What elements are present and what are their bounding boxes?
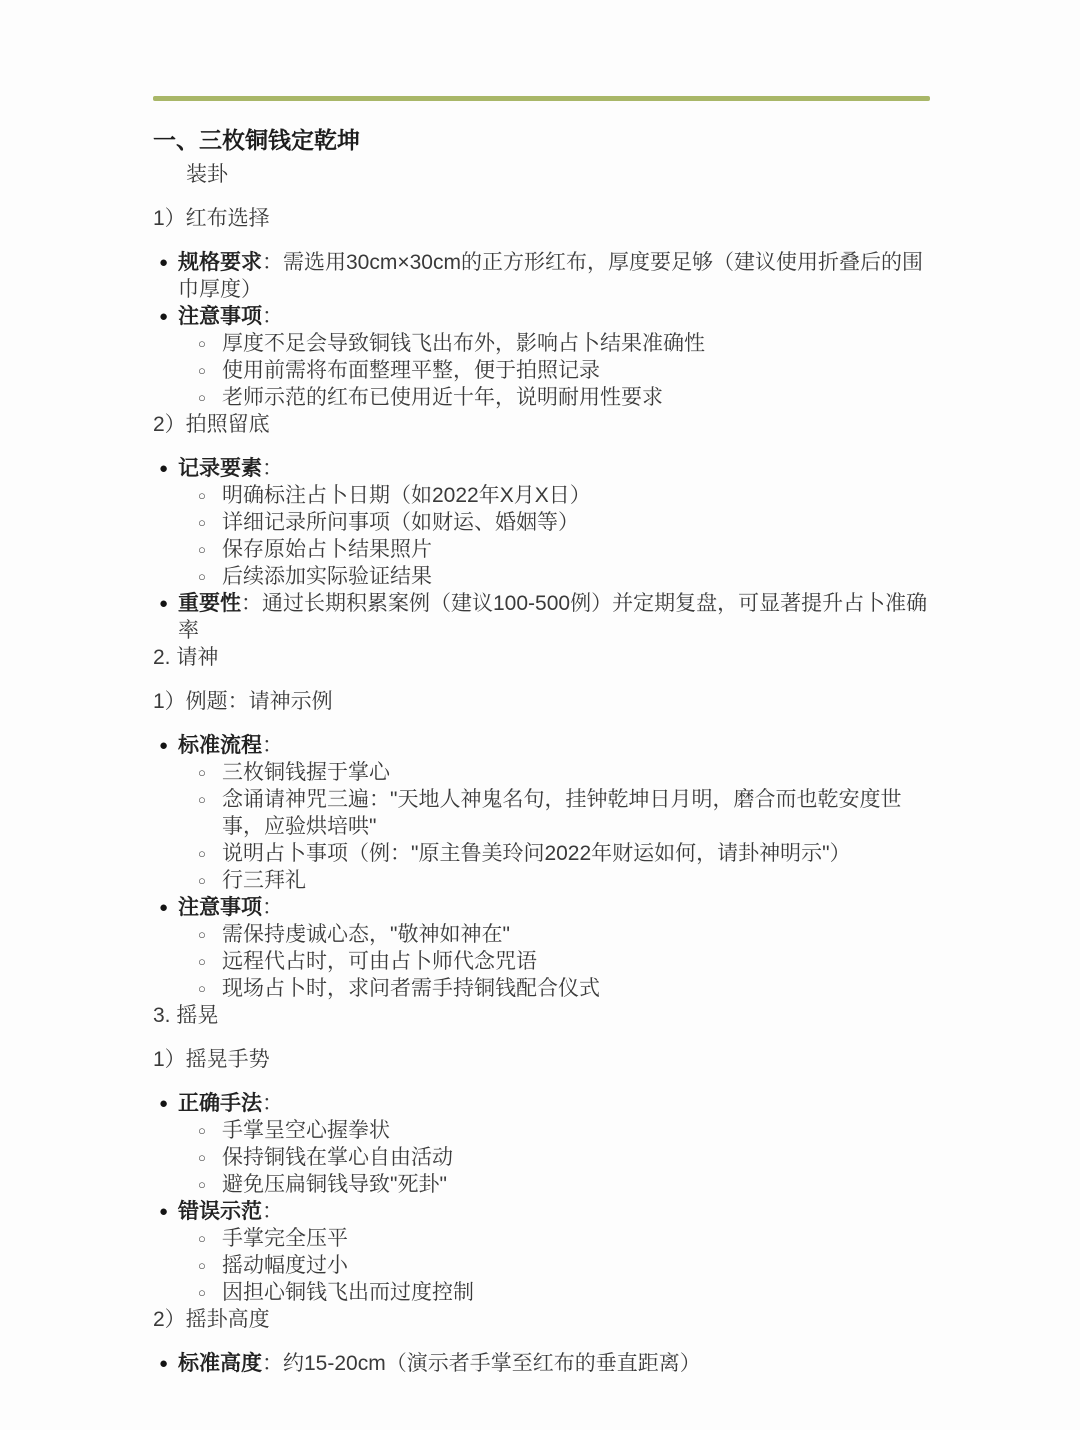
open-circle-bullet-icon: ○ bbox=[198, 1225, 222, 1252]
sub-bullet-item: ○后续添加实际验证结果 bbox=[153, 563, 932, 590]
bullet-item: ●正确手法： bbox=[153, 1090, 932, 1117]
filled-bullet-icon: ● bbox=[153, 249, 178, 276]
sub-bullet-text: 保持铜钱在掌心自由活动 bbox=[222, 1144, 932, 1171]
filled-bullet-icon: ● bbox=[153, 1198, 178, 1225]
bullet-item-detail: ：约15-20cm（演示者手掌至红布的垂直距离） bbox=[262, 1352, 701, 1375]
bullet-item: ●注意事项： bbox=[153, 303, 932, 330]
bullet-item-label: 规格要求 bbox=[178, 251, 262, 274]
bullet-item-detail: ： bbox=[262, 896, 283, 919]
open-circle-bullet-icon: ○ bbox=[198, 1252, 222, 1279]
bullet-item-detail: ： bbox=[262, 457, 283, 480]
bullet-item: ●标准流程： bbox=[153, 732, 932, 759]
sub-bullet-item: ○需保持虔诚心态，"敬神如神在" bbox=[153, 921, 932, 948]
open-circle-bullet-icon: ○ bbox=[198, 1279, 222, 1306]
sub-bullet-text: 详细记录所问事项（如财运、婚姻等） bbox=[222, 509, 932, 536]
open-circle-bullet-icon: ○ bbox=[198, 482, 222, 509]
sub-bullet-text: 使用前需将布面整理平整，便于拍照记录 bbox=[222, 357, 932, 384]
sub-bullet-text: 摇动幅度过小 bbox=[222, 1252, 932, 1279]
bullet-item: ●注意事项： bbox=[153, 894, 932, 921]
sub-bullet-item: ○老师示范的红布已使用近十年，说明耐用性要求 bbox=[153, 384, 932, 411]
open-circle-bullet-icon: ○ bbox=[198, 330, 222, 357]
bullet-item-text: 记录要素： bbox=[178, 455, 932, 482]
filled-bullet-icon: ● bbox=[153, 894, 178, 921]
sub-bullet-text: 厚度不足会导致铜钱飞出布外，影响占卜结果准确性 bbox=[222, 330, 932, 357]
bullet-item-detail: ：通过长期积累案例（建议100-500例）并定期复盘，可显著提升占卜准确率 bbox=[178, 592, 927, 642]
sub-bullet-item: ○说明占卜事项（例："原主鲁美玲问2022年财运如何，请卦神明示"） bbox=[153, 840, 932, 867]
open-circle-bullet-icon: ○ bbox=[198, 384, 222, 411]
sub-bullet-text: 念诵请神咒三遍："天地人神鬼名句，挂钟乾坤日月明，磨合而也乾安度世事，应验烘培哄… bbox=[222, 786, 932, 840]
sub-bullet-text: 避免压扁铜钱导致"死卦" bbox=[222, 1171, 932, 1198]
open-circle-bullet-icon: ○ bbox=[198, 975, 222, 1002]
sub-bullet-item: ○保存原始占卜结果照片 bbox=[153, 536, 932, 563]
sub-bullet-item: ○保持铜钱在掌心自由活动 bbox=[153, 1144, 932, 1171]
sub-bullet-item: ○详细记录所问事项（如财运、婚姻等） bbox=[153, 509, 932, 536]
bullet-item-text: 标准流程： bbox=[178, 732, 932, 759]
sub-bullet-text: 手掌完全压平 bbox=[222, 1225, 932, 1252]
open-circle-bullet-icon: ○ bbox=[198, 1144, 222, 1171]
bullet-item-label: 正确手法 bbox=[178, 1092, 262, 1115]
sub-bullet-item: ○念诵请神咒三遍："天地人神鬼名句，挂钟乾坤日月明，磨合而也乾安度世事，应验烘培… bbox=[153, 786, 932, 840]
bullet-item: ●记录要素： bbox=[153, 455, 932, 482]
numbered-item: 2）拍照留底 bbox=[153, 411, 932, 438]
open-circle-bullet-icon: ○ bbox=[198, 867, 222, 894]
filled-bullet-icon: ● bbox=[153, 1350, 178, 1377]
sub-bullet-text: 需保持虔诚心态，"敬神如神在" bbox=[222, 921, 932, 948]
sub-bullet-text: 三枚铜钱握于掌心 bbox=[222, 759, 932, 786]
bullet-item-detail: ： bbox=[262, 1092, 283, 1115]
bullet-item-text: 重要性：通过长期积累案例（建议100-500例）并定期复盘，可显著提升占卜准确率 bbox=[178, 590, 932, 644]
sub-bullet-text: 远程代占时，可由占卜师代念咒语 bbox=[222, 948, 932, 975]
open-circle-bullet-icon: ○ bbox=[198, 357, 222, 384]
sub-bullet-item: ○因担心铜钱飞出而过度控制 bbox=[153, 1279, 932, 1306]
bullet-item: ●重要性：通过长期积累案例（建议100-500例）并定期复盘，可显著提升占卜准确… bbox=[153, 590, 932, 644]
bullet-item-text: 正确手法： bbox=[178, 1090, 932, 1117]
open-circle-bullet-icon: ○ bbox=[198, 509, 222, 536]
sub-bullet-text: 说明占卜事项（例："原主鲁美玲问2022年财运如何，请卦神明示"） bbox=[222, 840, 932, 867]
bullet-item: ●标准高度：约15-20cm（演示者手掌至红布的垂直距离） bbox=[153, 1350, 932, 1377]
sub-bullet-item: ○现场占卜时，求问者需手持铜钱配合仪式 bbox=[153, 975, 932, 1002]
numbered-item: 1）例题：请神示例 bbox=[153, 688, 932, 715]
filled-bullet-icon: ● bbox=[153, 732, 178, 759]
bullet-item-label: 注意事项 bbox=[178, 305, 262, 328]
subsection-line: 2. 请神 bbox=[153, 644, 932, 671]
bullet-item-label: 错误示范 bbox=[178, 1200, 262, 1223]
sub-bullet-text: 手掌呈空心握拳状 bbox=[222, 1117, 932, 1144]
section-heading: 一、三枚铜钱定乾坤 bbox=[153, 125, 932, 156]
numbered-item: 2）摇卦高度 bbox=[153, 1306, 932, 1333]
open-circle-bullet-icon: ○ bbox=[198, 1171, 222, 1198]
filled-bullet-icon: ● bbox=[153, 455, 178, 482]
sub-bullet-text: 行三拜礼 bbox=[222, 867, 932, 894]
bullet-item-text: 注意事项： bbox=[178, 894, 932, 921]
document-page: 一、三枚铜钱定乾坤装卦1）红布选择●规格要求：需选用30cm×30cm的正方形红… bbox=[0, 0, 1080, 1430]
document-body: 一、三枚铜钱定乾坤装卦1）红布选择●规格要求：需选用30cm×30cm的正方形红… bbox=[153, 125, 932, 1377]
sub-bullet-text: 老师示范的红布已使用近十年，说明耐用性要求 bbox=[222, 384, 932, 411]
bullet-item: ●规格要求：需选用30cm×30cm的正方形红布，厚度要足够（建议使用折叠后的围… bbox=[153, 249, 932, 303]
sub-bullet-item: ○明确标注占卜日期（如2022年X月X日） bbox=[153, 482, 932, 509]
bullet-item-detail: ： bbox=[262, 305, 283, 328]
open-circle-bullet-icon: ○ bbox=[198, 840, 222, 867]
top-divider-rule bbox=[153, 96, 930, 101]
sub-bullet-item: ○远程代占时，可由占卜师代念咒语 bbox=[153, 948, 932, 975]
open-circle-bullet-icon: ○ bbox=[198, 536, 222, 563]
bullet-item-detail: ：需选用30cm×30cm的正方形红布，厚度要足够（建议使用折叠后的围巾厚度） bbox=[178, 251, 923, 301]
bullet-item-text: 规格要求：需选用30cm×30cm的正方形红布，厚度要足够（建议使用折叠后的围巾… bbox=[178, 249, 932, 303]
numbered-item: 1）红布选择 bbox=[153, 205, 932, 232]
bullet-item: ●错误示范： bbox=[153, 1198, 932, 1225]
sub-bullet-text: 保存原始占卜结果照片 bbox=[222, 536, 932, 563]
bullet-item-text: 注意事项： bbox=[178, 303, 932, 330]
bullet-item-label: 重要性 bbox=[178, 592, 241, 615]
numbered-item: 1）摇晃手势 bbox=[153, 1046, 932, 1073]
bullet-item-label: 注意事项 bbox=[178, 896, 262, 919]
sub-bullet-item: ○避免压扁铜钱导致"死卦" bbox=[153, 1171, 932, 1198]
filled-bullet-icon: ● bbox=[153, 1090, 178, 1117]
open-circle-bullet-icon: ○ bbox=[198, 563, 222, 590]
bullet-item-label: 标准高度 bbox=[178, 1352, 262, 1375]
bullet-item-label: 标准流程 bbox=[178, 734, 262, 757]
sub-bullet-item: ○厚度不足会导致铜钱飞出布外，影响占卜结果准确性 bbox=[153, 330, 932, 357]
sub-bullet-item: ○行三拜礼 bbox=[153, 867, 932, 894]
open-circle-bullet-icon: ○ bbox=[198, 1117, 222, 1144]
sub-bullet-text: 后续添加实际验证结果 bbox=[222, 563, 932, 590]
filled-bullet-icon: ● bbox=[153, 590, 178, 617]
sub-bullet-item: ○手掌完全压平 bbox=[153, 1225, 932, 1252]
sub-bullet-text: 现场占卜时，求问者需手持铜钱配合仪式 bbox=[222, 975, 932, 1002]
open-circle-bullet-icon: ○ bbox=[198, 921, 222, 948]
indented-line: 装卦 bbox=[153, 161, 932, 188]
bullet-item-detail: ： bbox=[262, 734, 283, 757]
open-circle-bullet-icon: ○ bbox=[198, 759, 222, 786]
sub-bullet-item: ○三枚铜钱握于掌心 bbox=[153, 759, 932, 786]
sub-bullet-item: ○摇动幅度过小 bbox=[153, 1252, 932, 1279]
open-circle-bullet-icon: ○ bbox=[198, 948, 222, 975]
bullet-item-detail: ： bbox=[262, 1200, 283, 1223]
subsection-line: 3. 摇晃 bbox=[153, 1002, 932, 1029]
sub-bullet-text: 明确标注占卜日期（如2022年X月X日） bbox=[222, 482, 932, 509]
filled-bullet-icon: ● bbox=[153, 303, 178, 330]
open-circle-bullet-icon: ○ bbox=[198, 786, 222, 813]
sub-bullet-item: ○使用前需将布面整理平整，便于拍照记录 bbox=[153, 357, 932, 384]
bullet-item-text: 错误示范： bbox=[178, 1198, 932, 1225]
bullet-item-text: 标准高度：约15-20cm（演示者手掌至红布的垂直距离） bbox=[178, 1350, 932, 1377]
sub-bullet-item: ○手掌呈空心握拳状 bbox=[153, 1117, 932, 1144]
bullet-item-label: 记录要素 bbox=[178, 457, 262, 480]
sub-bullet-text: 因担心铜钱飞出而过度控制 bbox=[222, 1279, 932, 1306]
